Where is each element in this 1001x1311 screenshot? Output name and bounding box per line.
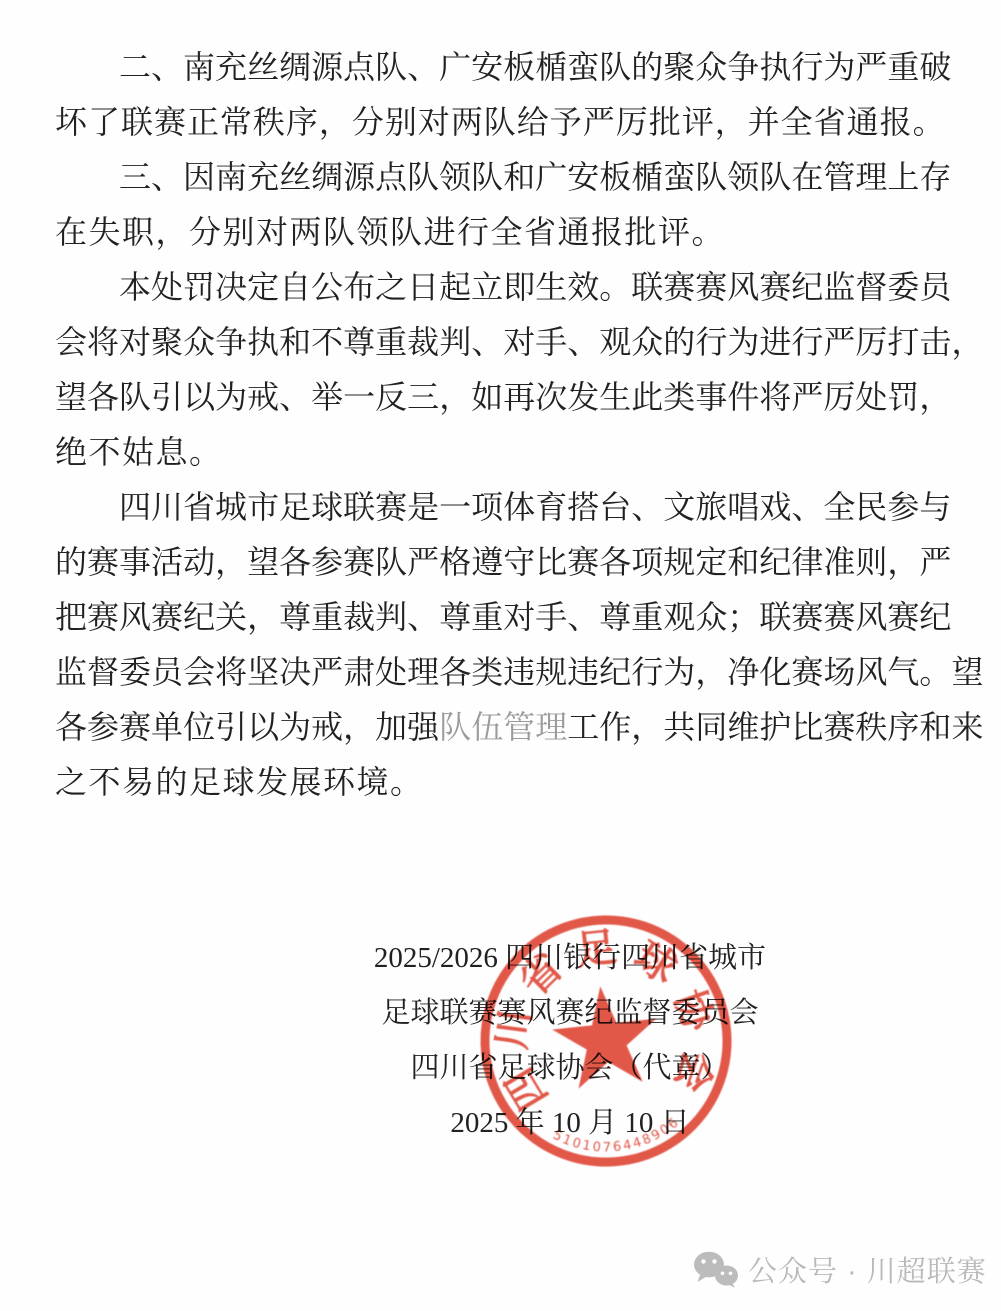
document-line: 绝不姑息。 — [55, 425, 945, 480]
document-line: 本处罚决定自公布之日起立即生效。联赛赛风赛纪监督委员 — [55, 260, 945, 315]
document-line: 三、因南充丝绸源点队领队和广安板楯蛮队领队在管理上存 — [55, 150, 945, 205]
signature-line-committee-2: 足球联赛赛风赛纪监督委员会 — [330, 986, 810, 1041]
watermark-text: 公众号 · 川超联赛 — [748, 1249, 987, 1290]
document-line: 在失职，分别对两队领队进行全省通报批评。 — [55, 205, 945, 260]
document-line: 把赛风赛纪关，尊重裁判、尊重对手、尊重观众；联赛赛风赛纪 — [55, 590, 945, 645]
wechat-icon — [693, 1250, 739, 1288]
signature-line-association: 四川省足球协会（代章） — [330, 1041, 810, 1096]
document-line: 之不易的足球发展环境。 — [55, 755, 945, 810]
document-line: 二、南充丝绸源点队、广安板楯蛮队的聚众争执行为严重破 — [55, 40, 945, 95]
document-line: 会将对聚众争执和不尊重裁判、对手、观众的行为进行严厉打击， — [55, 315, 945, 370]
footer-watermark: 公众号 · 川超联赛 — [693, 1248, 987, 1290]
signature-line-committee-1: 2025/2026 四川银行四川省城市 — [330, 931, 810, 986]
document-line: 坏了联赛正常秩序，分别对两队给予严厉批评，并全省通报。 — [55, 95, 945, 150]
signature-line-date: 2025 年 10 月 10 日 — [330, 1096, 810, 1151]
document-page: 二、南充丝绸源点队、广安板楯蛮队的聚众争执行为严重破坏了联赛正常秩序，分别对两队… — [0, 0, 1001, 1311]
document-body: 二、南充丝绸源点队、广安板楯蛮队的聚众争执行为严重破坏了联赛正常秩序，分别对两队… — [55, 40, 945, 810]
signature-block: 2025/2026 四川银行四川省城市 足球联赛赛风赛纪监督委员会 四川省足球协… — [330, 931, 810, 1151]
document-line: 四川省城市足球联赛是一项体育搭台、文旅唱戏、全民参与 — [55, 480, 945, 535]
document-line: 各参赛单位引以为戒，加强队伍管理工作，共同维护比赛秩序和来 — [55, 700, 945, 755]
document-line: 监督委员会将坚决严肃处理各类违规违纪行为，净化赛场风气。望 — [55, 645, 945, 700]
document-line: 的赛事活动，望各参赛队严格遵守比赛各项规定和纪律准则，严 — [55, 535, 945, 590]
document-line: 望各队引以为戒、举一反三，如再次发生此类事件将严厉处罚， — [55, 370, 945, 425]
